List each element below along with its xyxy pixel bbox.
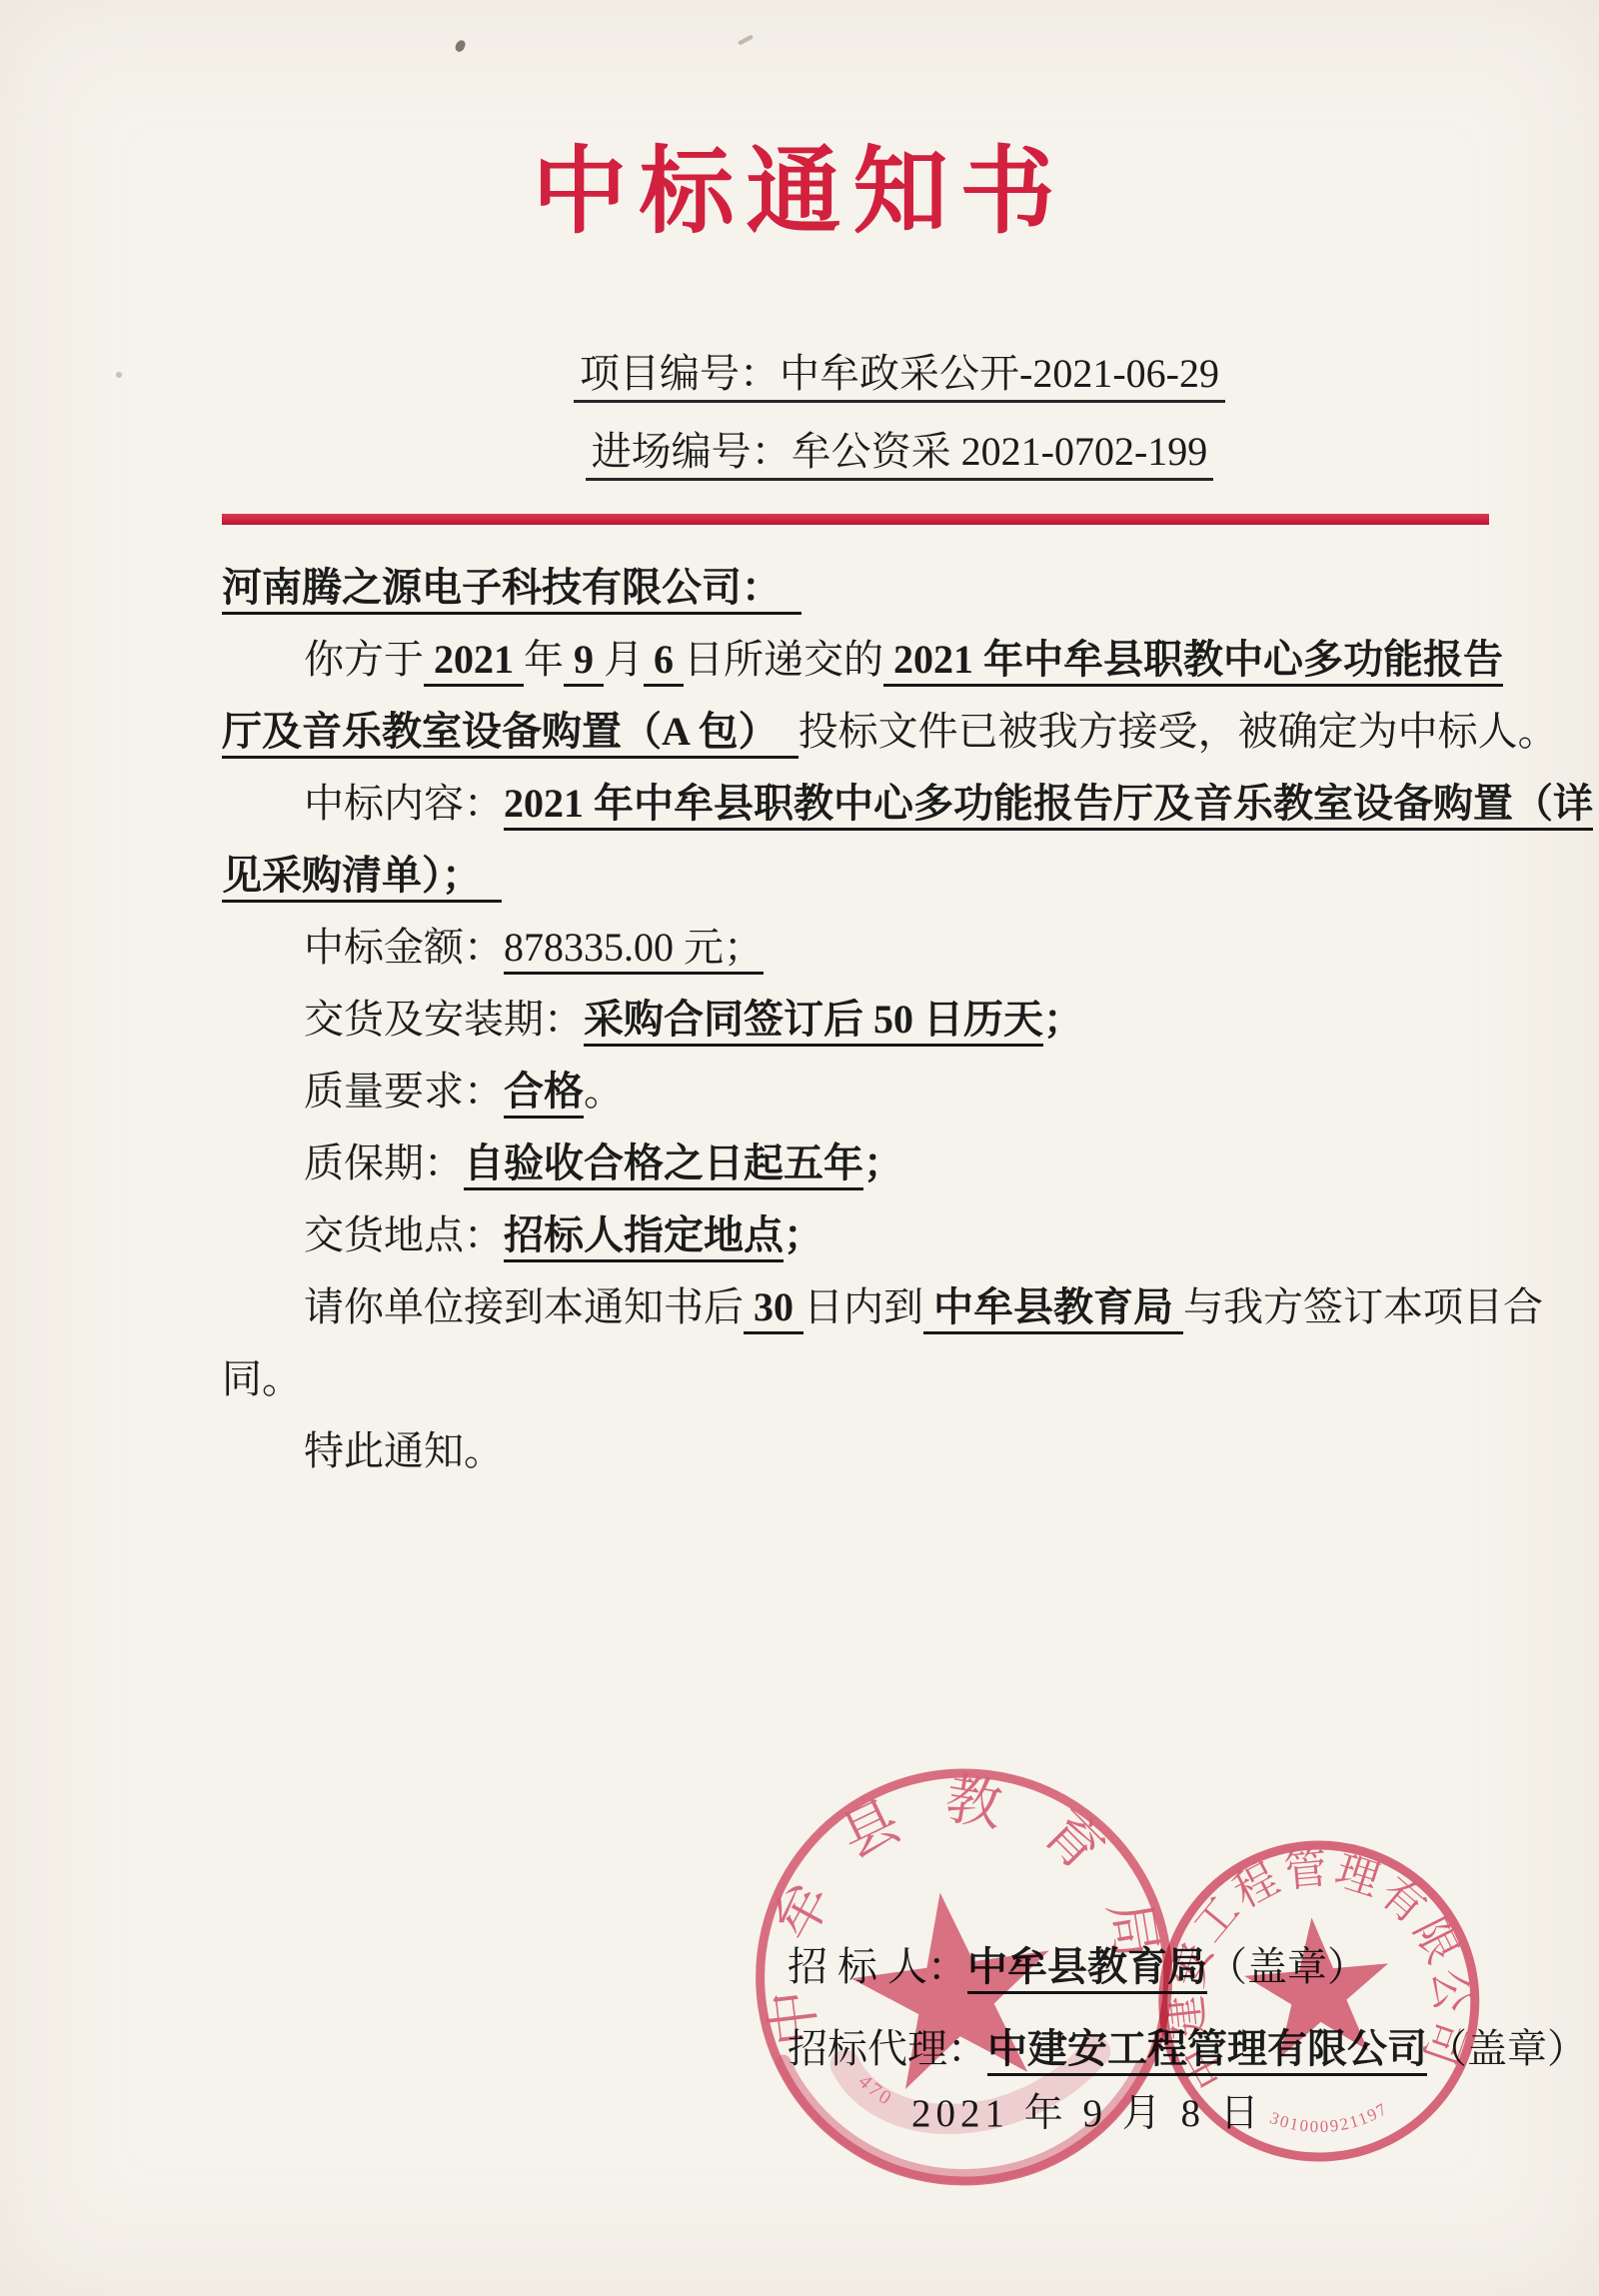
text-segment: 月 (604, 637, 644, 682)
text-segment: 质保期： (304, 1141, 464, 1185)
text-segment: 中牟县教育局 (923, 1284, 1183, 1334)
text-segment: 中标金额： (304, 925, 504, 970)
stamp-serial-textpath: 301000921197 (1266, 2098, 1393, 2141)
star-icon (841, 1879, 1065, 2095)
text-segment: 2021 年中牟县职教中心多功能报告厅及音乐教室设备购置（详 (504, 781, 1593, 831)
text-segment: 质量要求： (304, 1069, 504, 1114)
stamp-serial: 301000921197 (1266, 2098, 1393, 2141)
warranty-period-line: 质保期：自验收合格之日起五年； (222, 1128, 1521, 1199)
text-segment: 中标内容： (304, 781, 504, 826)
agency-company-stamp: 中建安工程管理有限公司 301000921197 (1135, 1817, 1504, 2190)
document-body: 河南腾之源电子科技有限公司： 你方于 2021 年 9 月 6 日所递交的 20… (222, 552, 1521, 1487)
text-segment: 6 (644, 637, 684, 687)
entry-number-line: 进场编号：牟公资采 2021-0702-199 (0, 420, 1599, 477)
document-page: { "document": { "title": "中标通知书", "codes… (0, 0, 1599, 2296)
text-segment: 日内到 (803, 1284, 923, 1329)
stamp-ink-smear (845, 2030, 1102, 2134)
text-segment: 特此通知。 (304, 1428, 504, 1473)
text-segment: 招标人指定地点 (504, 1212, 784, 1262)
submission-line: 你方于 2021 年 9 月 6 日所递交的 2021 年中牟县职教中心多功能报… (222, 624, 1521, 696)
text-segment: 9 (564, 637, 604, 687)
star-icon (1239, 1911, 1395, 2061)
text-segment: 见采购清单）； (222, 853, 502, 903)
text-segment: 与我方签订本项目合 (1183, 1284, 1543, 1329)
text-segment: 你方于 (304, 637, 424, 682)
text-segment: 合格 (504, 1069, 584, 1119)
text-segment: 30 (744, 1284, 803, 1334)
award-content-line: 中标内容：2021 年中牟县职教中心多功能报告厅及音乐教室设备购置（详 (222, 768, 1521, 840)
red-divider-rule (222, 514, 1489, 525)
text-segment: 2021 年中牟县职教中心多功能报告 (883, 637, 1503, 687)
project-number-text: 项目编号：中牟政采公开-2021-06-29 (574, 351, 1225, 403)
award-amount-line: 中标金额：878335.00 元； (222, 912, 1521, 984)
text-segment: 厅及音乐教室设备购置（A 包） (222, 709, 799, 759)
scan-artifact (738, 34, 754, 45)
project-number-line: 项目编号：中牟政采公开-2021-06-29 (0, 342, 1599, 399)
text-segment: 河南腾之源电子科技有限公司： (222, 565, 801, 615)
entry-number-text: 进场编号：牟公资采 2021-0702-199 (586, 429, 1214, 481)
text-segment: ； (1043, 997, 1083, 1042)
text-segment: 878335.00 元； (504, 925, 764, 975)
delivery-period-line: 交货及安装期：采购合同签订后 50 日历天； (222, 984, 1521, 1056)
text-segment: ； (863, 1141, 903, 1185)
text-segment: 请你单位接到本通知书后 (304, 1284, 744, 1329)
text-segment: ； (784, 1212, 823, 1257)
scan-artifact (454, 39, 466, 53)
text-segment: 采购合同签订后 50 日历天 (584, 997, 1043, 1047)
text-segment: 年 (524, 637, 564, 682)
document-title: 中标通知书 (0, 116, 1599, 252)
contract-wrap-line: 同。 (222, 1343, 1521, 1415)
recipient-company-line: 河南腾之源电子科技有限公司： (222, 552, 1521, 624)
quality-requirement-line: 质量要求：合格。 (222, 1056, 1521, 1128)
text-segment: 。 (584, 1069, 624, 1114)
contract-signing-line: 请你单位接到本通知书后 30 日内到 中牟县教育局 与我方签订本项目合 (222, 1271, 1521, 1343)
text-segment: 2021 (424, 637, 524, 687)
text-segment: 交货及安装期： (304, 997, 584, 1042)
text-segment: 日所递交的 (684, 637, 883, 682)
delivery-place-line: 交货地点：招标人指定地点； (222, 1199, 1521, 1271)
text-segment: 投标文件已被我方接受，被确定为中标人。 (799, 709, 1558, 754)
agency-stamp-svg: 中建安工程管理有限公司 301000921197 (1135, 1817, 1503, 2185)
notice-closing-line: 特此通知。 (222, 1415, 1521, 1487)
text-segment: 交货地点： (304, 1212, 504, 1257)
text-segment: 自验收合格之日起五年 (464, 1141, 863, 1190)
award-content-wrap-line: 见采购清单）； (222, 840, 1521, 912)
acceptance-line: 厅及音乐教室设备购置（A 包） 投标文件已被我方接受，被确定为中标人。 (222, 696, 1521, 768)
text-segment: 同。 (222, 1356, 302, 1401)
